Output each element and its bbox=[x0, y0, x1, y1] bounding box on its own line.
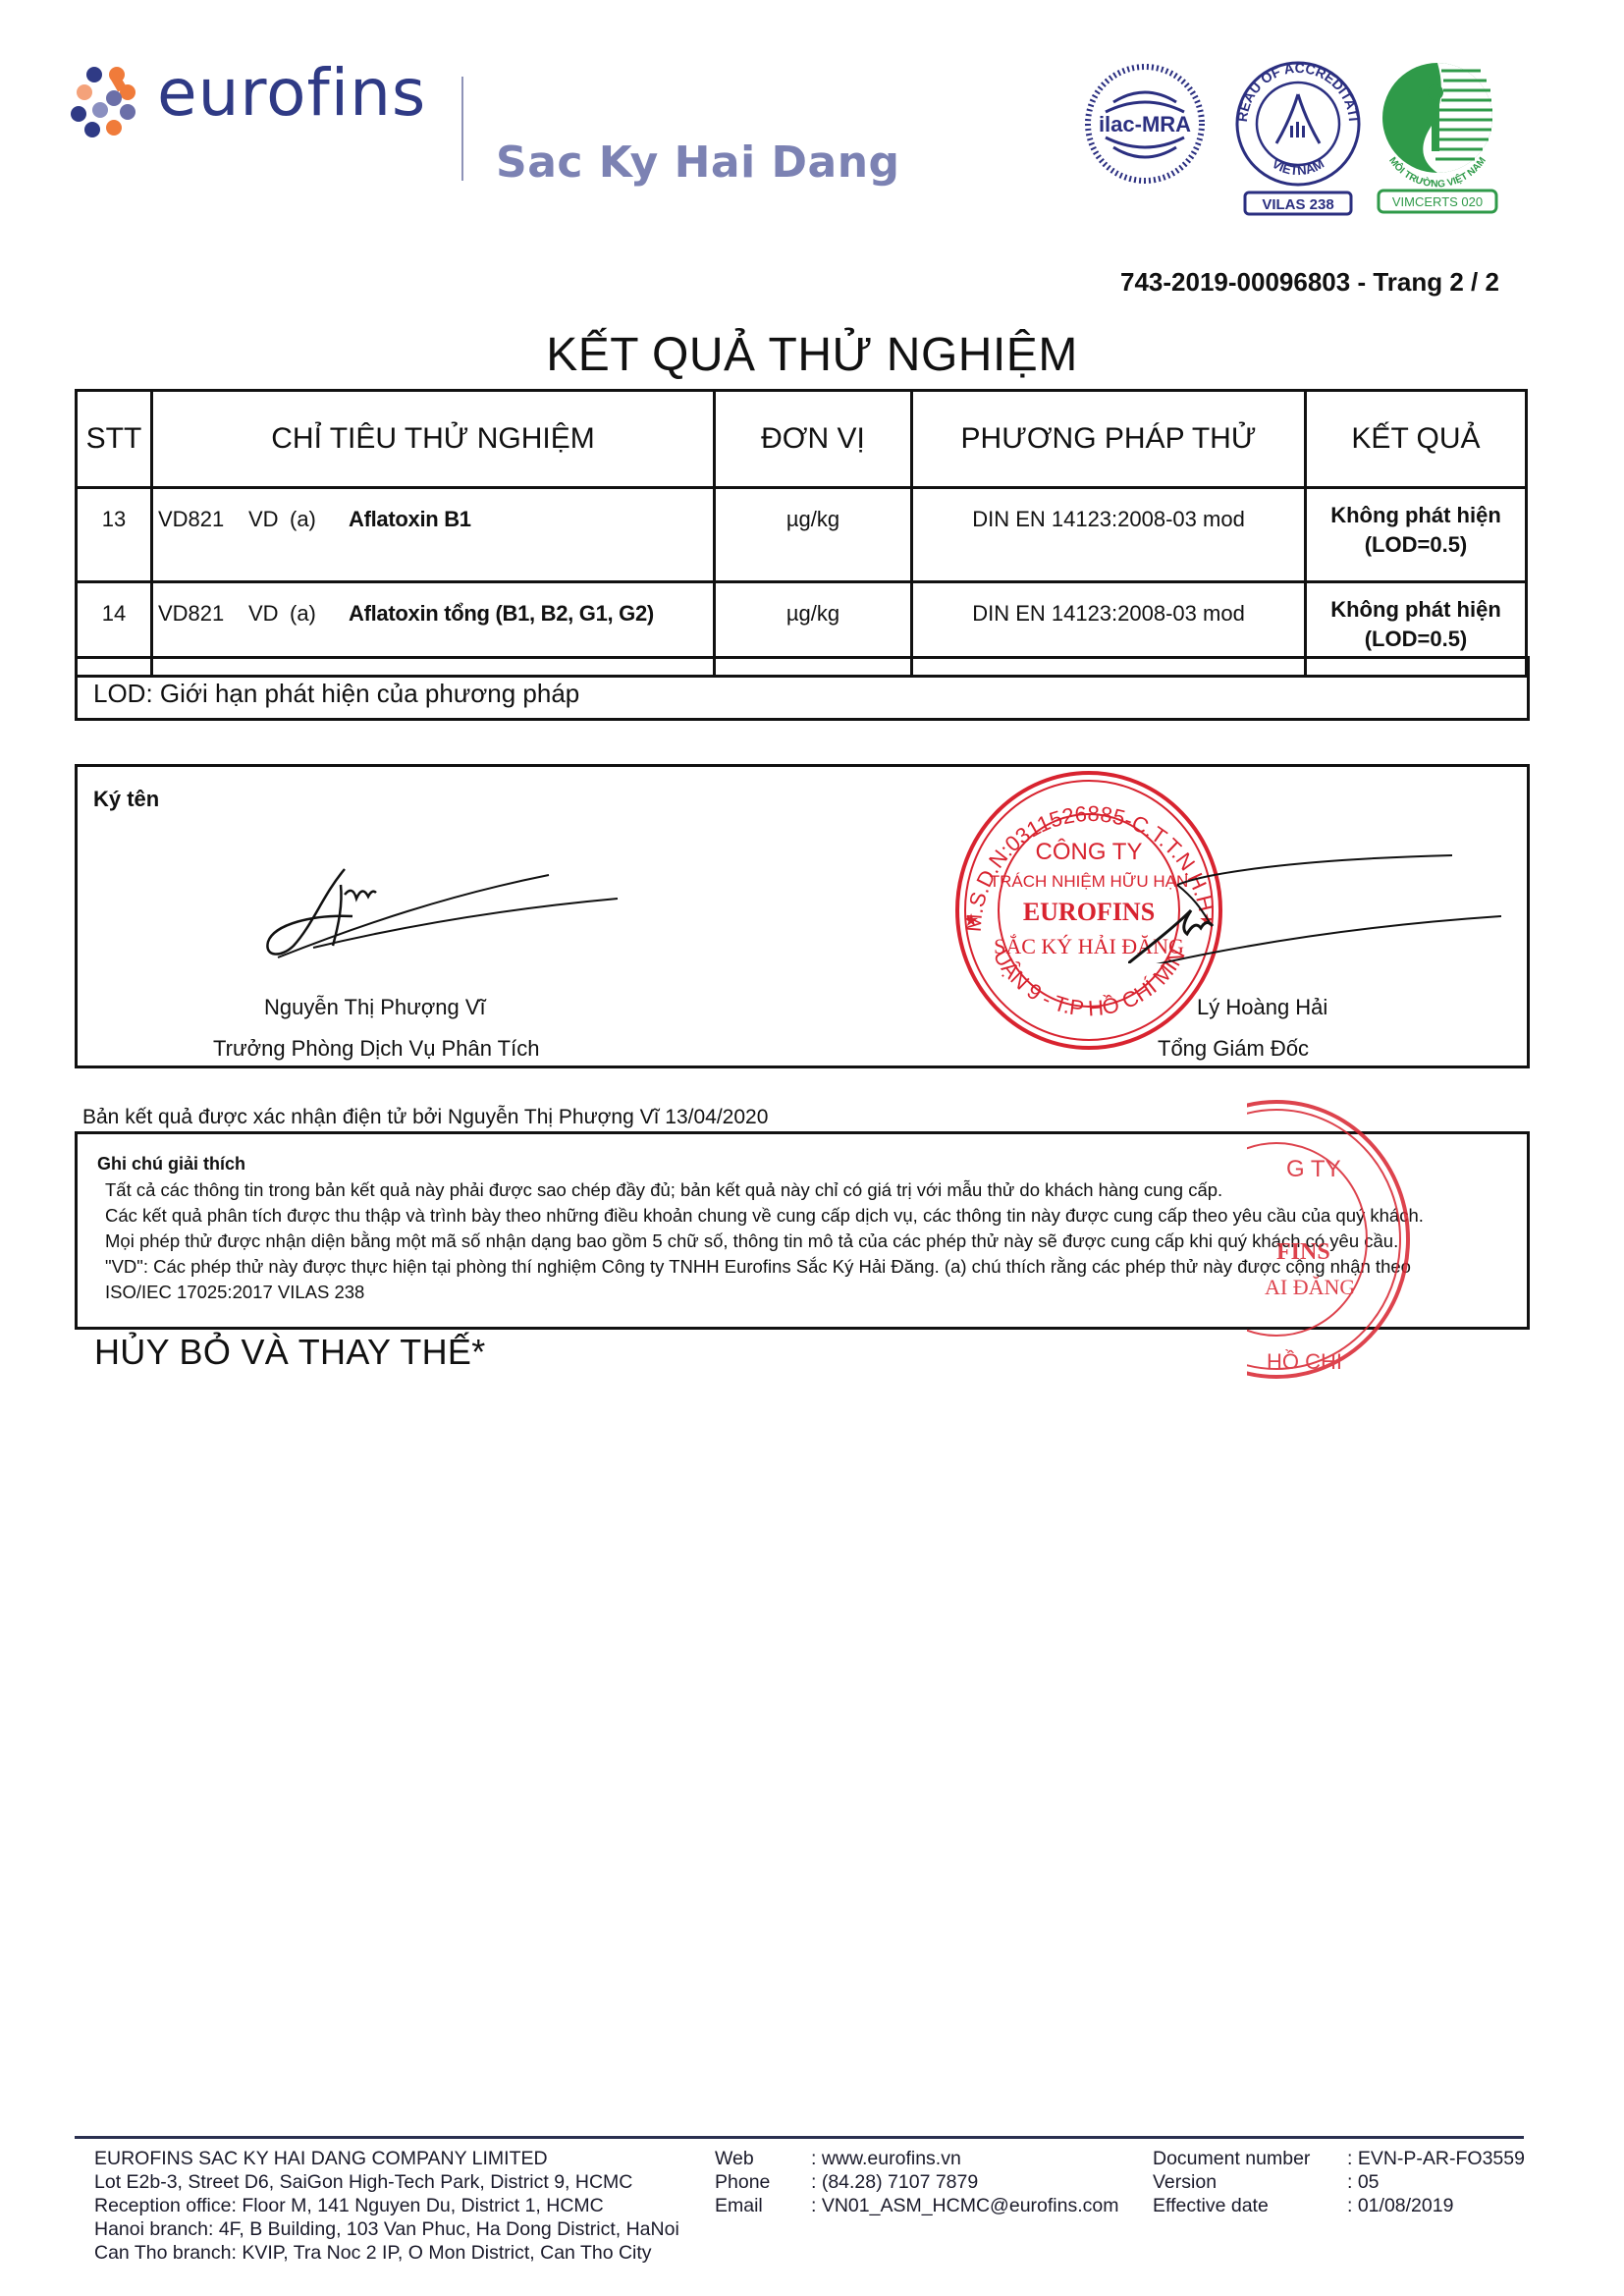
footer-cantho-branch: Can Tho branch: KVIP, Tra Noc 2 IP, O Mo… bbox=[94, 2241, 679, 2265]
footer-reception: Reception office: Floor M, 141 Nguyen Du… bbox=[94, 2194, 679, 2217]
doc-number-label: Document number bbox=[1153, 2147, 1310, 2170]
col-unit: ĐƠN VỊ bbox=[715, 391, 912, 488]
svg-text:HỒ CHÍ: HỒ CHÍ bbox=[1267, 1349, 1343, 1374]
svg-text:VIETNAM: VIETNAM bbox=[1270, 156, 1326, 178]
electronic-confirmation: Bản kết quả được xác nhận điện tử bởi Ng… bbox=[82, 1106, 768, 1129]
note-line: "VD": Các phép thử này được thực hiện tạ… bbox=[105, 1256, 1411, 1278]
phone-value: : (84.28) 7107 7879 bbox=[811, 2170, 1118, 2194]
footer-doc-values: : EVN-P-AR-FO3559 : 05 : 01/08/2019 bbox=[1347, 2147, 1525, 2217]
footer-contact-labels: Web Phone Email bbox=[715, 2147, 770, 2217]
svg-text:G TY: G TY bbox=[1286, 1156, 1341, 1182]
svg-text:VIMCERTS 020: VIMCERTS 020 bbox=[1392, 194, 1483, 209]
result-lod: (LOD=0.5) bbox=[1308, 530, 1524, 560]
svg-text:AI ĐĂNG: AI ĐĂNG bbox=[1265, 1275, 1355, 1299]
col-stt: STT bbox=[77, 391, 152, 488]
footer-company: EUROFINS SAC KY HAI DANG COMPANY LIMITED… bbox=[94, 2147, 679, 2265]
result-value: Không phát hiện bbox=[1308, 595, 1524, 625]
row-indicator: VD821VD(a)Aflatoxin B1 bbox=[152, 488, 715, 582]
row-stt: 13 bbox=[77, 488, 152, 582]
bureau-accreditation-badge-icon: BUREAU OF ACCREDITATION VIETNAM VILAS 23… bbox=[1231, 61, 1365, 218]
col-result: KẾT QUẢ bbox=[1306, 391, 1527, 488]
notes-title: Ghi chú giải thích bbox=[97, 1154, 245, 1175]
version-value: : 05 bbox=[1347, 2170, 1525, 2194]
effective-date-label: Effective date bbox=[1153, 2194, 1310, 2217]
col-method: PHƯƠNG PHÁP THỬ bbox=[912, 391, 1306, 488]
result-value: Không phát hiện bbox=[1308, 501, 1524, 530]
accreditation-flag: (a) bbox=[290, 601, 349, 627]
row-method: DIN EN 14123:2008-03 mod bbox=[912, 488, 1306, 582]
brand-wordmark: eurofins bbox=[157, 55, 426, 131]
lab-code: VD bbox=[248, 507, 290, 532]
row-unit: µg/kg bbox=[715, 488, 912, 582]
ilac-mra-badge-icon: ilac-MRA bbox=[1084, 63, 1206, 185]
svg-text:VILAS 238: VILAS 238 bbox=[1262, 196, 1333, 213]
lab-code: VD bbox=[248, 601, 290, 627]
svg-text:BUREAU OF ACCREDITATION: BUREAU OF ACCREDITATION bbox=[1231, 61, 1362, 123]
results-table: STT CHỈ TIÊU THỬ NGHIỆM ĐƠN VỊ PHƯƠNG PH… bbox=[75, 389, 1528, 678]
effective-date-value: : 01/08/2019 bbox=[1347, 2194, 1525, 2217]
footer-hanoi-branch: Hanoi branch: 4F, B Building, 103 Van Ph… bbox=[94, 2217, 679, 2241]
signature-right-icon bbox=[1128, 846, 1501, 963]
signature-left-icon bbox=[254, 855, 627, 963]
svg-text:CÔNG TY: CÔNG TY bbox=[1036, 838, 1143, 865]
lod-note-box: LOD: Giới hạn phát hiện của phương pháp bbox=[75, 656, 1530, 721]
page-title: KẾT QUẢ THỬ NGHIỆM bbox=[0, 328, 1624, 382]
footer-doc-labels: Document number Version Effective date bbox=[1153, 2147, 1310, 2217]
note-line: Mọi phép thử được nhận diện bằng một mã … bbox=[105, 1230, 1398, 1252]
table-row: 13 VD821VD(a)Aflatoxin B1 µg/kg DIN EN 1… bbox=[77, 488, 1527, 582]
email-label: Email bbox=[715, 2194, 770, 2217]
doc-number-value: : EVN-P-AR-FO3559 bbox=[1347, 2147, 1525, 2170]
web-label: Web bbox=[715, 2147, 770, 2170]
cancel-replace-note: HỦY BỎ VÀ THAY THẾ* bbox=[94, 1332, 486, 1373]
note-line: ISO/IEC 17025:2017 VILAS 238 bbox=[105, 1282, 364, 1303]
sub-brand: Sac Ky Hai Dang bbox=[496, 137, 900, 188]
header-divider bbox=[461, 77, 463, 181]
signer-left-title: Trưởng Phòng Dịch Vụ Phân Tích bbox=[213, 1036, 539, 1062]
document-reference: 743-2019-00096803 - Trang 2 / 2 bbox=[1120, 267, 1499, 298]
test-code: VD821 bbox=[154, 601, 248, 627]
test-name: Aflatoxin tổng (B1, B2, G1, G2) bbox=[349, 601, 654, 626]
footer-company-name: EUROFINS SAC KY HAI DANG COMPANY LIMITED bbox=[94, 2147, 679, 2170]
version-label: Version bbox=[1153, 2170, 1310, 2194]
signature-box: Ký tên Nguyễn Thị Phượng Vĩ Trưởng Phòng… bbox=[75, 764, 1530, 1068]
signer-left-name: Nguyễn Thị Phượng Vĩ bbox=[264, 995, 486, 1020]
note-line: Tất cả các thông tin trong bản kết quả n… bbox=[105, 1179, 1222, 1201]
signer-right-name: Lý Hoàng Hải bbox=[1197, 995, 1327, 1020]
row-result: Không phát hiện (LOD=0.5) bbox=[1306, 488, 1527, 582]
eurofins-logo-icon bbox=[65, 63, 143, 143]
vimcerts-badge-icon: MÔI TRƯỜNG VIỆT NAM VIMCERTS 020 bbox=[1373, 57, 1502, 216]
svg-text:ilac-MRA: ilac-MRA bbox=[1099, 112, 1191, 137]
footer-contact-values: : www.eurofins.vn : (84.28) 7107 7879 : … bbox=[811, 2147, 1118, 2217]
signature-label: Ký tên bbox=[93, 787, 159, 812]
accreditation-flag: (a) bbox=[290, 507, 349, 532]
test-code: VD821 bbox=[154, 507, 248, 532]
table-header-row: STT CHỈ TIÊU THỬ NGHIỆM ĐƠN VỊ PHƯƠNG PH… bbox=[77, 391, 1527, 488]
footer-divider bbox=[75, 2136, 1524, 2139]
lod-note: LOD: Giới hạn phát hiện của phương pháp bbox=[93, 679, 579, 709]
phone-label: Phone bbox=[715, 2170, 770, 2194]
email-link[interactable]: : VN01_ASM_HCMC@eurofins.com bbox=[811, 2194, 1118, 2217]
note-line: Các kết quả phân tích được thu thập và t… bbox=[105, 1205, 1424, 1227]
signer-right-title: Tổng Giám Đốc bbox=[1158, 1036, 1309, 1062]
col-indicator: CHỈ TIÊU THỬ NGHIỆM bbox=[152, 391, 715, 488]
footer-address: Lot E2b-3, Street D6, SaiGon High-Tech P… bbox=[94, 2170, 679, 2194]
svg-text:FINS: FINS bbox=[1276, 1239, 1330, 1265]
result-lod: (LOD=0.5) bbox=[1308, 625, 1524, 654]
test-name: Aflatoxin B1 bbox=[349, 507, 471, 531]
svg-text:★: ★ bbox=[963, 910, 979, 930]
partial-stamp-icon: G TY FINS AI ĐĂNG HỒ CHÍ bbox=[1247, 1092, 1453, 1387]
web-link[interactable]: : www.eurofins.vn bbox=[811, 2147, 1118, 2170]
